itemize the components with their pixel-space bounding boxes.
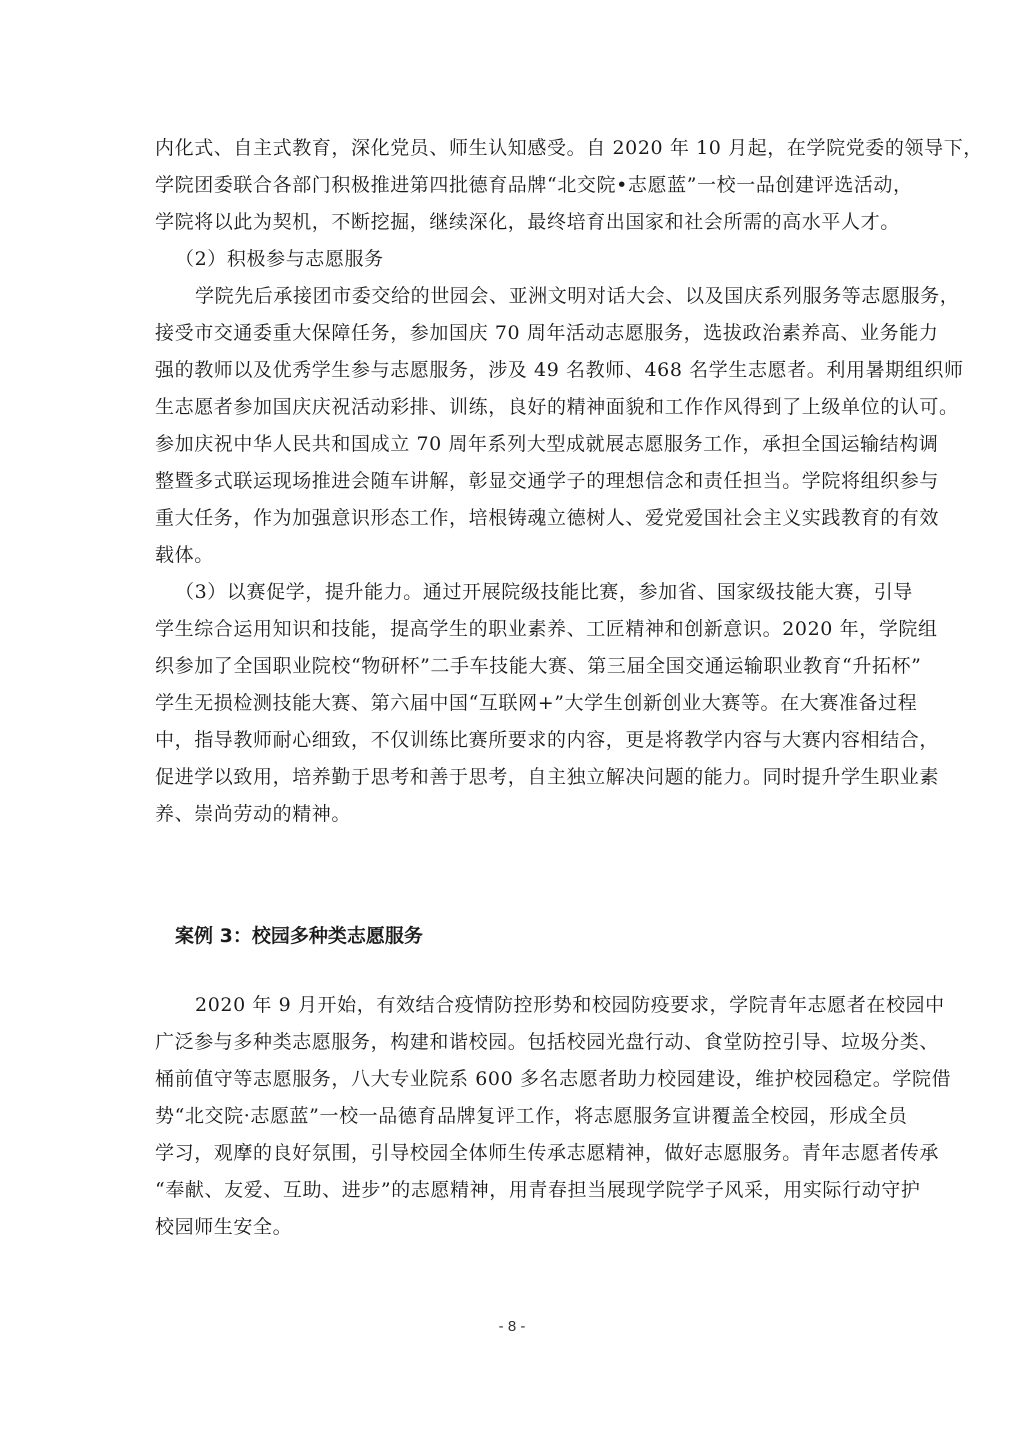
paragraph-line: 强的教师以及优秀学生参与志愿服务，涉及 49 名教师、468 名学生志愿者。利用…: [155, 358, 885, 382]
paragraph-line: 内化式、自主式教育，深化党员、师生认知感受。自 2020 年 10 月起，在学院…: [155, 136, 885, 160]
subheading-volunteer-service: （2）积极参与志愿服务: [175, 247, 384, 271]
document-page: 内化式、自主式教育，深化党员、师生认知感受。自 2020 年 10 月起，在学院…: [0, 0, 1024, 1448]
paragraph-line: 促进学以致用，培养勤于思考和善于思考，自主独立解决问题的能力。同时提升学生职业素: [155, 765, 885, 789]
paragraph-line: 生志愿者参加国庆庆祝活动彩排、训练，良好的精神面貌和工作作风得到了上级单位的认可…: [155, 395, 885, 419]
paragraph-line: 势“北交院·志愿蓝”一校一品德育品牌复评工作，将志愿服务宣讲覆盖全校园，形成全员: [155, 1104, 885, 1128]
paragraph-line: （3）以赛促学，提升能力。通过开展院级技能比赛，参加省、国家级技能大赛，引导: [175, 580, 885, 604]
paragraph-line: 学院先后承接团市委交给的世园会、亚洲文明对话大会、以及国庆系列服务等志愿服务，: [195, 284, 885, 308]
paragraph-line: 校园师生安全。: [155, 1215, 885, 1239]
paragraph-line: 学生无损检测技能大赛、第六届中国“互联网+”大学生创新创业大赛等。在大赛准备过程: [155, 691, 885, 715]
paragraph-line: 参加庆祝中华人民共和国成立 70 周年系列大型成就展志愿服务工作，承担全国运输结…: [155, 432, 885, 456]
paragraph-line: “奉献、友爱、互助、进步”的志愿精神，用青春担当展现学院学子风采，用实际行动守护: [155, 1178, 885, 1202]
page-number: - 8 -: [0, 1318, 1024, 1335]
paragraph-line: 学院团委联合各部门积极推进第四批德育品牌“北交院•志愿蓝”一校一品创建评选活动，: [155, 173, 885, 197]
paragraph-line: 广泛参与多种类志愿服务，构建和谐校园。包括校园光盘行动、食堂防控引导、垃圾分类、: [155, 1030, 885, 1054]
paragraph-line: 载体。: [155, 543, 885, 567]
case-heading: 案例 3：校园多种类志愿服务: [175, 924, 423, 948]
paragraph-line: 重大任务，作为加强意识形态工作，培根铸魂立德树人、爱党爱国社会主义实践教育的有效: [155, 506, 885, 530]
paragraph-line: 学院将以此为契机，不断挖掘，继续深化，最终培育出国家和社会所需的高水平人才。: [155, 210, 885, 234]
paragraph-line: 学生综合运用知识和技能，提高学生的职业素养、工匠精神和创新意识。2020 年，学…: [155, 617, 885, 641]
paragraph-line: 整暨多式联运现场推进会随车讲解，彰显交通学子的理想信念和责任担当。学院将组织参与: [155, 469, 885, 493]
paragraph-line: 学习，观摩的良好氛围，引导校园全体师生传承志愿精神，做好志愿服务。青年志愿者传承: [155, 1141, 885, 1165]
paragraph-line: 织参加了全国职业院校“物研杯”二手车技能大赛、第三届全国交通运输职业教育“升拓杯…: [155, 654, 885, 678]
paragraph-line: 2020 年 9 月开始，有效结合疫情防控形势和校园防疫要求，学院青年志愿者在校…: [195, 993, 885, 1017]
paragraph-line: 养、崇尚劳动的精神。: [155, 802, 885, 826]
paragraph-line: 桶前值守等志愿服务，八大专业院系 600 多名志愿者助力校园建设，维护校园稳定。…: [155, 1067, 885, 1091]
paragraph-line: 接受市交通委重大保障任务，参加国庆 70 周年活动志愿服务，选拔政治素养高、业务…: [155, 321, 885, 345]
paragraph-line: 中，指导教师耐心细致，不仅训练比赛所要求的内容，更是将教学内容与大赛内容相结合，: [155, 728, 885, 752]
